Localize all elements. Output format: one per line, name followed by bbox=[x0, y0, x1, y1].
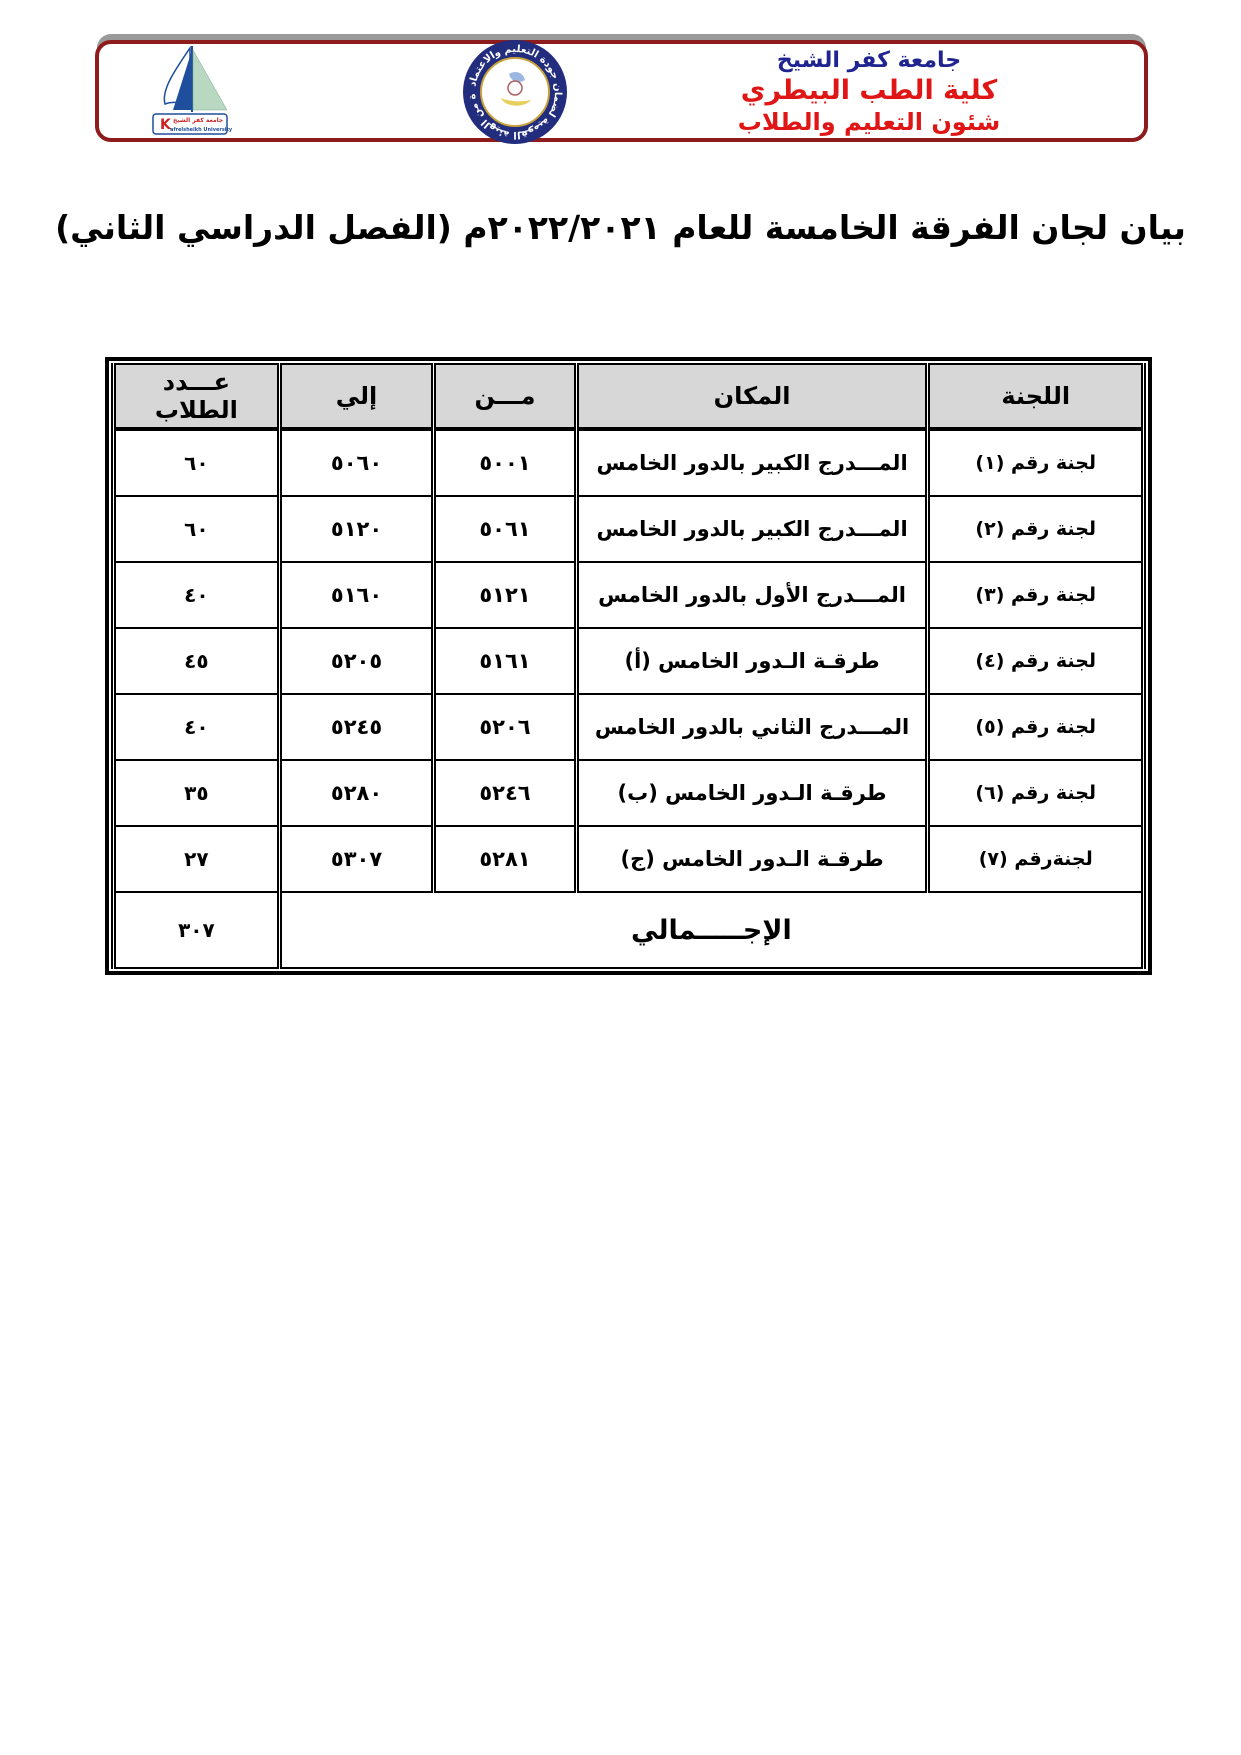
sailboat-icon: K جامعة كفر الشيخ afrelsheikh University bbox=[139, 42, 239, 142]
banner-text-block: جامعة كفر الشيخ كلية الطب البيطري شئون ا… bbox=[719, 47, 1019, 137]
to-cell: ٥٣٠٧ bbox=[279, 826, 434, 892]
table-row: لجنة رقم (٦) طرقـة الـدور الخامس (ب) ٥٢٤… bbox=[114, 760, 1144, 826]
count-cell: ٦٠ bbox=[114, 496, 280, 562]
to-cell: ٥٢٤٥ bbox=[279, 694, 434, 760]
to-cell: ٥٠٦٠ bbox=[279, 429, 434, 496]
place-cell: طرقـة الـدور الخامس (ج) bbox=[576, 826, 928, 892]
seal-icon: كلية معتمدة من الهيئة القومية لضمان جودة… bbox=[461, 38, 569, 146]
place-cell: المـــدرج الكبير بالدور الخامس bbox=[576, 429, 928, 496]
count-cell: ٤٠ bbox=[114, 562, 280, 628]
svg-text:afrelsheikh University: afrelsheikh University bbox=[170, 127, 233, 133]
from-cell: ٥٢٤٦ bbox=[434, 760, 576, 826]
svg-text:جامعة كفر الشيخ: جامعة كفر الشيخ bbox=[173, 117, 223, 124]
place-cell: المـــدرج الثاني بالدور الخامس bbox=[576, 694, 928, 760]
header-place: المكان bbox=[576, 364, 928, 429]
place-cell: طرقـة الـدور الخامس (ب) bbox=[576, 760, 928, 826]
sailboat-label: K جامعة كفر الشيخ afrelsheikh University bbox=[153, 114, 233, 134]
table-row: لجنةرقم (٧) طرقـة الـدور الخامس (ج) ٥٢٨١… bbox=[114, 826, 1144, 892]
to-cell: ٥١٦٠ bbox=[279, 562, 434, 628]
header-to: إلي bbox=[279, 364, 434, 429]
count-cell: ٤٥ bbox=[114, 628, 280, 694]
committee-cell: لجنة رقم (٣) bbox=[928, 562, 1144, 628]
total-label-cell: الإجـــــمالي bbox=[279, 892, 1143, 968]
to-cell: ٥٢٠٥ bbox=[279, 628, 434, 694]
place-cell: المـــدرج الأول بالدور الخامس bbox=[576, 562, 928, 628]
committees-table-frame: اللجنة المكان مـــن إلي عـــدد الطلاب لج… bbox=[105, 357, 1152, 975]
count-cell: ٣٥ bbox=[114, 760, 280, 826]
header-count: عـــدد الطلاب bbox=[114, 364, 280, 429]
place-cell: طرقـة الـدور الخامس (أ) bbox=[576, 628, 928, 694]
committee-cell: لجنة رقم (٢) bbox=[928, 496, 1144, 562]
committee-cell: لجنة رقم (٥) bbox=[928, 694, 1144, 760]
from-cell: ٥٢٨١ bbox=[434, 826, 576, 892]
table-row: لجنة رقم (٣) المـــدرج الأول بالدور الخا… bbox=[114, 562, 1144, 628]
from-cell: ٥١٦١ bbox=[434, 628, 576, 694]
table-row: لجنة رقم (٤) طرقـة الـدور الخامس (أ) ٥١٦… bbox=[114, 628, 1144, 694]
department-name: شئون التعليم والطلاب bbox=[719, 107, 1019, 137]
table-row: لجنة رقم (٥) المـــدرج الثاني بالدور الخ… bbox=[114, 694, 1144, 760]
to-cell: ٥١٢٠ bbox=[279, 496, 434, 562]
place-cell: المـــدرج الكبير بالدور الخامس bbox=[576, 496, 928, 562]
university-sailboat-logo: K جامعة كفر الشيخ afrelsheikh University bbox=[139, 42, 239, 142]
university-name: جامعة كفر الشيخ bbox=[719, 47, 1019, 75]
header-banner: K جامعة كفر الشيخ afrelsheikh University… bbox=[95, 40, 1148, 142]
committee-cell: لجنة رقم (١) bbox=[928, 429, 1144, 496]
to-cell: ٥٢٨٠ bbox=[279, 760, 434, 826]
document-title: بيان لجان الفرقة الخامسة للعام ٢٠٢٢/٢٠٢١… bbox=[0, 208, 1241, 247]
header-committee: اللجنة bbox=[928, 364, 1144, 429]
count-cell: ٤٠ bbox=[114, 694, 280, 760]
header-from: مـــن bbox=[434, 364, 576, 429]
faculty-name: كلية الطب البيطري bbox=[719, 75, 1019, 107]
table-row: لجنة رقم (٢) المـــدرج الكبير بالدور الخ… bbox=[114, 496, 1144, 562]
total-value-cell: ٣٠٧ bbox=[114, 892, 280, 968]
accreditation-seal-logo: كلية معتمدة من الهيئة القومية لضمان جودة… bbox=[461, 38, 569, 146]
total-row: الإجـــــمالي ٣٠٧ bbox=[114, 892, 1144, 968]
from-cell: ٥٢٠٦ bbox=[434, 694, 576, 760]
committee-cell: لجنةرقم (٧) bbox=[928, 826, 1144, 892]
committee-cell: لجنة رقم (٦) bbox=[928, 760, 1144, 826]
committee-cell: لجنة رقم (٤) bbox=[928, 628, 1144, 694]
from-cell: ٥٠٦١ bbox=[434, 496, 576, 562]
committees-table: اللجنة المكان مـــن إلي عـــدد الطلاب لج… bbox=[111, 363, 1146, 969]
count-cell: ٦٠ bbox=[114, 429, 280, 496]
document-page: K جامعة كفر الشيخ afrelsheikh University… bbox=[0, 0, 1241, 1755]
count-cell: ٢٧ bbox=[114, 826, 280, 892]
table-header-row: اللجنة المكان مـــن إلي عـــدد الطلاب bbox=[114, 364, 1144, 429]
table-row: لجنة رقم (١) المـــدرج الكبير بالدور الخ… bbox=[114, 429, 1144, 496]
from-cell: ٥٠٠١ bbox=[434, 429, 576, 496]
from-cell: ٥١٢١ bbox=[434, 562, 576, 628]
